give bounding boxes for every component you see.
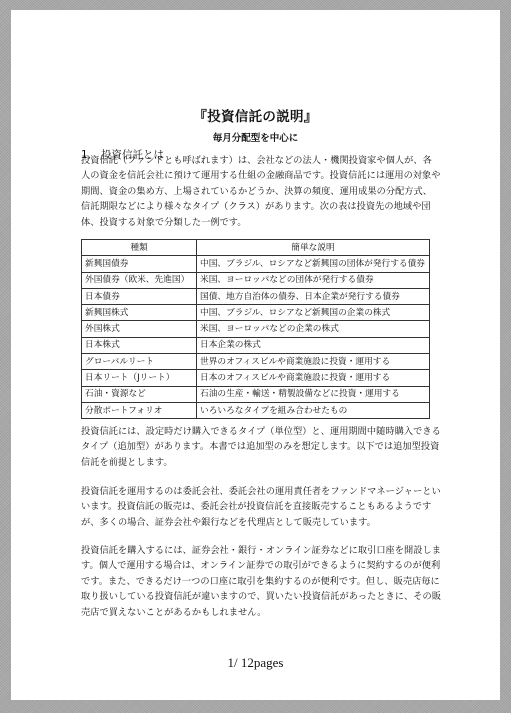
table-row: 日本債券 国債、地方自治体の債券、日本企業が発行する債券 — [82, 288, 430, 304]
table-row: 新興国株式 中国、ブラジル、ロシアなど新興国の企業の株式 — [82, 305, 430, 321]
document-subtitle: 毎月分配型を中心に — [11, 130, 500, 144]
type-cell: 石油・資源など — [82, 386, 197, 402]
fund-type-paragraph: 投資信託には、設定時だけ購入できるタイプ（単位型）と、運用期間中随時購入できるタ… — [81, 424, 441, 470]
document-page: 『投資信託の説明』 毎月分配型を中心に 1.投資信託とは 投資信託（ファンドとも… — [11, 10, 500, 700]
table-row: 日本リート（Jリート） 日本のオフィスビルや商業施設に投資・運用する — [82, 370, 430, 386]
type-cell: 日本債券 — [82, 288, 197, 304]
table-row: 外国債券（欧米、先進国） 米国、ヨーロッパなどの団体が発行する債券 — [82, 272, 430, 288]
description-cell: 中国、ブラジル、ロシアなど新興国の団体が発行する債券 — [197, 256, 430, 272]
page-indicator: 1/ 12pages — [11, 655, 500, 671]
table-row: 石油・資源など 石油の生産・輸送・精製設備などに投資・運用する — [82, 386, 430, 402]
document-title: 『投資信託の説明』 — [11, 105, 500, 125]
type-cell: 日本株式 — [82, 337, 197, 353]
type-cell: 新興国債券 — [82, 256, 197, 272]
description-cell: 中国、ブラジル、ロシアなど新興国の企業の株式 — [197, 305, 430, 321]
type-cell: 分散ポートフォリオ — [82, 402, 197, 418]
description-cell: 米国、ヨーロッパなどの団体が発行する債券 — [197, 272, 430, 288]
type-cell: 日本リート（Jリート） — [82, 370, 197, 386]
description-cell: 国債、地方自治体の債券、日本企業が発行する債券 — [197, 288, 430, 304]
table-row: 日本株式 日本企業の株式 — [82, 337, 430, 353]
description-cell: 日本企業の株式 — [197, 337, 430, 353]
table-row: 外国株式 米国、ヨーロッパなどの企業の株式 — [82, 321, 430, 337]
table-row: グローバルリート 世界のオフィスビルや商業施設に投資・運用する — [82, 354, 430, 370]
management-paragraph: 投資信託を運用するのは委託会社、委託会社の運用責任者をファンドマネージャーといい… — [81, 484, 441, 530]
description-cell: 米国、ヨーロッパなどの企業の株式 — [197, 321, 430, 337]
type-cell: 新興国株式 — [82, 305, 197, 321]
table-row: 分散ポートフォリオ いろいろなタイプを組み合わせたもの — [82, 402, 430, 418]
header-description: 簡単な説明 — [197, 240, 430, 256]
type-cell: グローバルリート — [82, 354, 197, 370]
description-cell: 世界のオフィスビルや商業施設に投資・運用する — [197, 354, 430, 370]
type-cell: 外国債券（欧米、先進国） — [82, 272, 197, 288]
description-cell: 石油の生産・輸送・精製設備などに投資・運用する — [197, 386, 430, 402]
fund-types-table: 種類 簡単な説明 新興国債券 中国、ブラジル、ロシアなど新興国の団体が発行する債… — [81, 239, 430, 419]
table-row: 新興国債券 中国、ブラジル、ロシアなど新興国の団体が発行する債券 — [82, 256, 430, 272]
description-cell: いろいろなタイプを組み合わせたもの — [197, 402, 430, 418]
table-header-row: 種類 簡単な説明 — [82, 240, 430, 256]
intro-paragraph: 投資信託（ファンドとも呼ばれます）は、会社などの法人・機関投資家や個人が、各人の… — [81, 153, 441, 230]
type-cell: 外国株式 — [82, 321, 197, 337]
description-cell: 日本のオフィスビルや商業施設に投資・運用する — [197, 370, 430, 386]
header-type: 種類 — [82, 240, 197, 256]
purchase-paragraph: 投資信託を購入するには、証券会社・銀行・オンライン証券などに取引口座を開設します… — [81, 543, 441, 620]
